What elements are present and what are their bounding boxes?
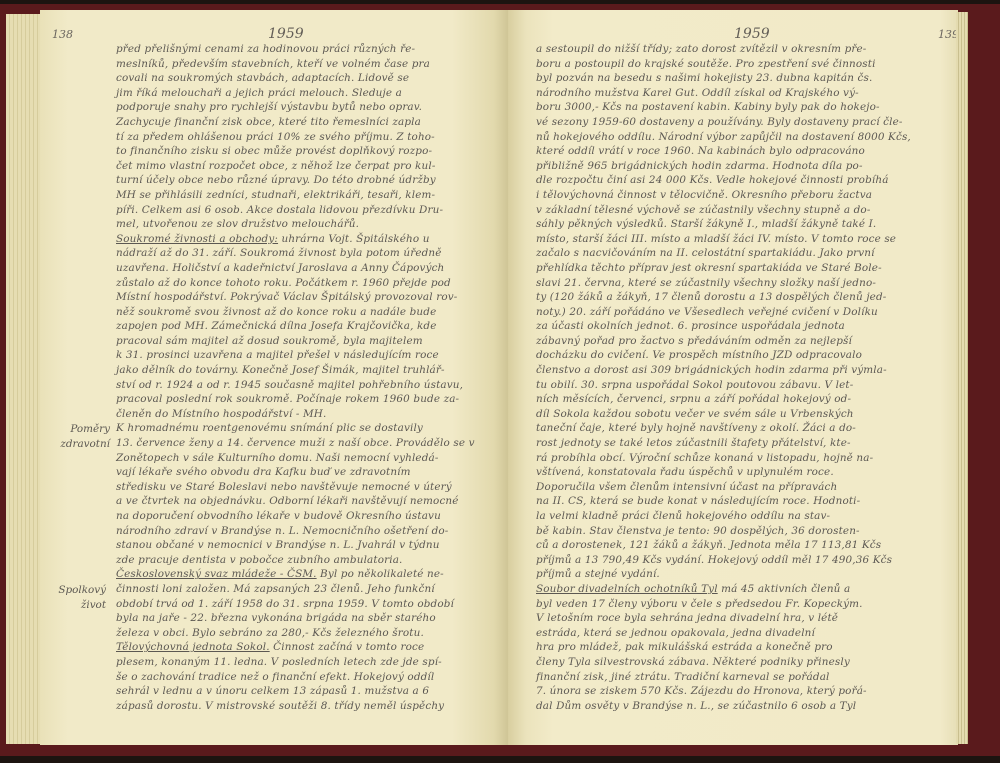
- text-line: zde pracuje dentista v pobočce zubního a…: [116, 553, 475, 568]
- margin-note-associations: Spolkový život: [42, 583, 106, 612]
- text-line: zábavný pořad pro žactvo s předáváním od…: [536, 334, 911, 349]
- margin-note-line: zdravotní: [42, 437, 110, 452]
- text-line: dle rozpočtu činí asi 24 000 Kčs. Vedle …: [536, 173, 911, 188]
- text-line: la velmi kladně práci členů hokejového o…: [536, 509, 911, 524]
- text-line: železa v obci. Bylo sebráno za 280,- Kčs…: [116, 626, 475, 641]
- text-line: přehlídka těchto příprav jest okresní sp…: [536, 261, 911, 276]
- text-line: zůstalo až do konce tohoto roku. Počátke…: [116, 276, 475, 291]
- text-line: Tělovýchovná jednota Sokol. Činnost začí…: [116, 640, 475, 655]
- text-line: meslníků, především stavebních, kteří ve…: [116, 57, 475, 72]
- text-line: pracoval poslední rok soukromě. Počínaje…: [116, 392, 475, 407]
- text-line: místo, starší žáci III. místo a mladší ž…: [536, 232, 911, 247]
- text-line: K hromadnému roentgenovému snímání plic …: [116, 421, 475, 436]
- margin-note-health: Poměry zdravotní: [42, 422, 110, 451]
- text-line: byl veden 17 členy výboru v čele s předs…: [536, 597, 911, 612]
- text-line: středisku ve Staré Boleslavi nebo navště…: [116, 480, 475, 495]
- text-line: noty.) 20. září pořádáno ve Všesedlech v…: [536, 305, 911, 320]
- text-line: i tělovýchovná činnost v tělocvičně. Okr…: [536, 188, 911, 203]
- text-line: tí za předem ohlášenou práci 10% ze svéh…: [116, 130, 475, 145]
- left-page: 138 1959 Poměry zdravotní Spolkový život…: [40, 10, 508, 745]
- text-line: čet mimo vlastní rozpočet obce, z něhož …: [116, 159, 475, 174]
- text-line: bě kabin. Stav členstva je tento: 90 dos…: [536, 524, 911, 539]
- text-line: sáhly pěkných výsledků. Starší žákyně I.…: [536, 217, 911, 232]
- text-line: období trvá od 1. září 1958 do 31. srpna…: [116, 597, 475, 612]
- text-line: rost jednoty se také letos zúčastnili št…: [536, 436, 911, 451]
- text-line: vštívená, konstatovala řadu úspěchů v up…: [536, 465, 911, 480]
- right-page-year: 1959: [734, 26, 770, 42]
- text-line: stanou občané v nemocnici v Brandýse n. …: [116, 538, 475, 553]
- open-ledger-book: 138 1959 Poměry zdravotní Spolkový život…: [0, 0, 1000, 763]
- text-line: Československý svaz mládeže - ČSM. Byl p…: [116, 567, 475, 582]
- text-line: díl Sokola každou sobotu večer ve svém s…: [536, 407, 911, 422]
- text-line: byl pozván na besedu s našimi hokejisty …: [536, 71, 911, 86]
- text-line: vé sezony 1959-60 dostaveny a používány.…: [536, 115, 911, 130]
- text-line: jako dělník do továrny. Konečně Josef Ši…: [116, 363, 475, 378]
- text-line: činnosti loni založen. Má zapsaných 23 č…: [116, 582, 475, 597]
- right-page-edges: [956, 12, 968, 744]
- text-line: V letošním roce byla sehrána jedna divad…: [536, 611, 911, 626]
- margin-note-line: Poměry: [42, 422, 110, 437]
- text-line: Zonětopech v sále Kulturního domu. Naši …: [116, 451, 475, 466]
- right-page-text: a sestoupil do nižší třídy; zato dorost …: [536, 42, 911, 713]
- text-line: píři. Celkem asi 6 osob. Akce dostala li…: [116, 203, 475, 218]
- section-heading: Soubor divadelních ochotníků Tyl: [536, 583, 718, 595]
- margin-note-line: Spolkový: [42, 583, 106, 598]
- text-line: mel, utvořenou ze slov družstvo melouchá…: [116, 217, 475, 232]
- text-line: 7. února se ziskem 570 Kčs. Zájezdu do H…: [536, 684, 911, 699]
- text-line: estráda, která se jednou opakovala, jedn…: [536, 626, 911, 641]
- text-line: uzavřena. Holičství a kadeřnictví Jarosl…: [116, 261, 475, 276]
- text-line: přibližně 965 brigádnických hodin zdarma…: [536, 159, 911, 174]
- section-heading: Soukromé živnosti a obchody:: [116, 233, 278, 245]
- text-line: zapojen pod MH. Zámečnická dílna Josefa …: [116, 319, 475, 334]
- section-heading: Tělovýchovná jednota Sokol.: [116, 641, 270, 653]
- text-line: še o zachování tradice než o finanční ef…: [116, 670, 475, 685]
- text-line: 13. července ženy a 14. července muži z …: [116, 436, 475, 451]
- text-line: příjmů a 13 790,49 Kčs vydání. Hokejový …: [536, 553, 911, 568]
- text-line: docházku do cvičení. Ve prospěch místníh…: [536, 348, 911, 363]
- text-line: Místní hospodářství. Pokrývač Václav Špi…: [116, 290, 475, 305]
- text-line: Soukromé živnosti a obchody: uhrárna Voj…: [116, 232, 475, 247]
- text-line: na doporučení obvodního lékaře v budově …: [116, 509, 475, 524]
- text-line: vají lékaře svého obvodu dra Kafku buď v…: [116, 465, 475, 480]
- text-line: které oddíl vrátí v roce 1960. Na kabiná…: [536, 144, 911, 159]
- text-line: nů hokejového oddílu. Národní výbor zapů…: [536, 130, 911, 145]
- text-line: zápasů dorostu. V mistrovské soutěži 8. …: [116, 699, 475, 714]
- text-line: dal Dům osvěty v Brandýse n. L., se zúča…: [536, 699, 911, 714]
- text-line: to finančního zisku si obec může provést…: [116, 144, 475, 159]
- text-line: na II. CS, která se bude konat v následu…: [536, 494, 911, 509]
- text-line: začalo s nacvičováním na II. celostátní …: [536, 246, 911, 261]
- text-line: Doporučila všem členům intensivní účast …: [536, 480, 911, 495]
- text-line: boru a postoupil do krajské soutěže. Pro…: [536, 57, 911, 72]
- text-line: covali na soukromých stavbách, adaptacíc…: [116, 71, 475, 86]
- margin-note-line: život: [42, 598, 106, 613]
- text-line: tu obilí. 30. srpna uspořádal Sokol pout…: [536, 378, 911, 393]
- left-page-text: před přelišnými cenami za hodinovou prác…: [116, 42, 475, 713]
- text-line: příjmů a stejné vydání.: [536, 567, 911, 582]
- text-line: ty (120 žáků a žákyň, 17 členů dorostu a…: [536, 290, 911, 305]
- text-line: rá probíhla obcí. Výroční schůze konaná …: [536, 451, 911, 466]
- text-line: slavi 21. června, které se zúčastnily vš…: [536, 276, 911, 291]
- text-line: něž soukromě svou živnost až do konce ro…: [116, 305, 475, 320]
- left-page-number: 138: [52, 28, 73, 41]
- text-line: taneční čaje, které byly hojně navštíven…: [536, 421, 911, 436]
- text-line: k 31. prosinci uzavřena a majitel přešel…: [116, 348, 475, 363]
- text-line: turní účely obce nebo různé úpravy. Do t…: [116, 173, 475, 188]
- text-line: členy Tyla silvestrovská zábava. Některé…: [536, 655, 911, 670]
- text-line: ství od r. 1924 a od r. 1945 současně ma…: [116, 378, 475, 393]
- text-line: pracoval sám majitel až dosud soukromě, …: [116, 334, 475, 349]
- text-line: členěn do Místního hospodářství - MH.: [116, 407, 475, 422]
- text-line: plesem, konaným 11. ledna. V posledních …: [116, 655, 475, 670]
- text-line: byla na jaře - 22. března vykonána brigá…: [116, 611, 475, 626]
- text-line: Soubor divadelních ochotníků Tyl má 45 a…: [536, 582, 911, 597]
- text-line: sehrál v lednu a v únoru celkem 13 zápas…: [116, 684, 475, 699]
- text-line: před přelišnými cenami za hodinovou prác…: [116, 42, 475, 57]
- text-line: a sestoupil do nižší třídy; zato dorost …: [536, 42, 911, 57]
- text-line: hra pro mládež, pak mikulášská estráda a…: [536, 640, 911, 655]
- text-line: boru 3000,- Kčs na postavení kabin. Kabi…: [536, 100, 911, 115]
- left-page-edges: [6, 14, 42, 744]
- text-line: finanční zisk, jiné ztrátu. Tradiční kar…: [536, 670, 911, 685]
- text-line: za účasti okolních jednot. 6. prosince u…: [536, 319, 911, 334]
- right-page: 1959 139 a sestoupil do nižší třídy; zat…: [508, 10, 958, 745]
- text-line: národního zdraví v Brandýse n. L. Nemocn…: [116, 524, 475, 539]
- text-line: v základní tělesné výchově se zúčastnily…: [536, 203, 911, 218]
- section-heading: Československý svaz mládeže - ČSM.: [116, 568, 317, 580]
- text-line: ců a dorostenek, 121 žáků a žákyň. Jedno…: [536, 538, 911, 553]
- text-line: členstvo a dorost asi 309 brigádnických …: [536, 363, 911, 378]
- text-line: národního mužstva Karel Gut. Oddíl získa…: [536, 86, 911, 101]
- left-page-year: 1959: [268, 26, 304, 42]
- text-line: podporuje snahy pro rychlejší výstavbu b…: [116, 100, 475, 115]
- text-line: nádraží až do 31. září. Soukromá živnost…: [116, 246, 475, 261]
- text-line: Zachycuje finanční zisk obce, které tito…: [116, 115, 475, 130]
- text-line: ních měsících, červenci, srpnu a září po…: [536, 392, 911, 407]
- text-line: a ve čtvrtek na objednávku. Odborní léka…: [116, 494, 475, 509]
- text-line: jim říká melouchaři a jejich práci melou…: [116, 86, 475, 101]
- text-line: MH se přihlásili zedníci, studnaři, elek…: [116, 188, 475, 203]
